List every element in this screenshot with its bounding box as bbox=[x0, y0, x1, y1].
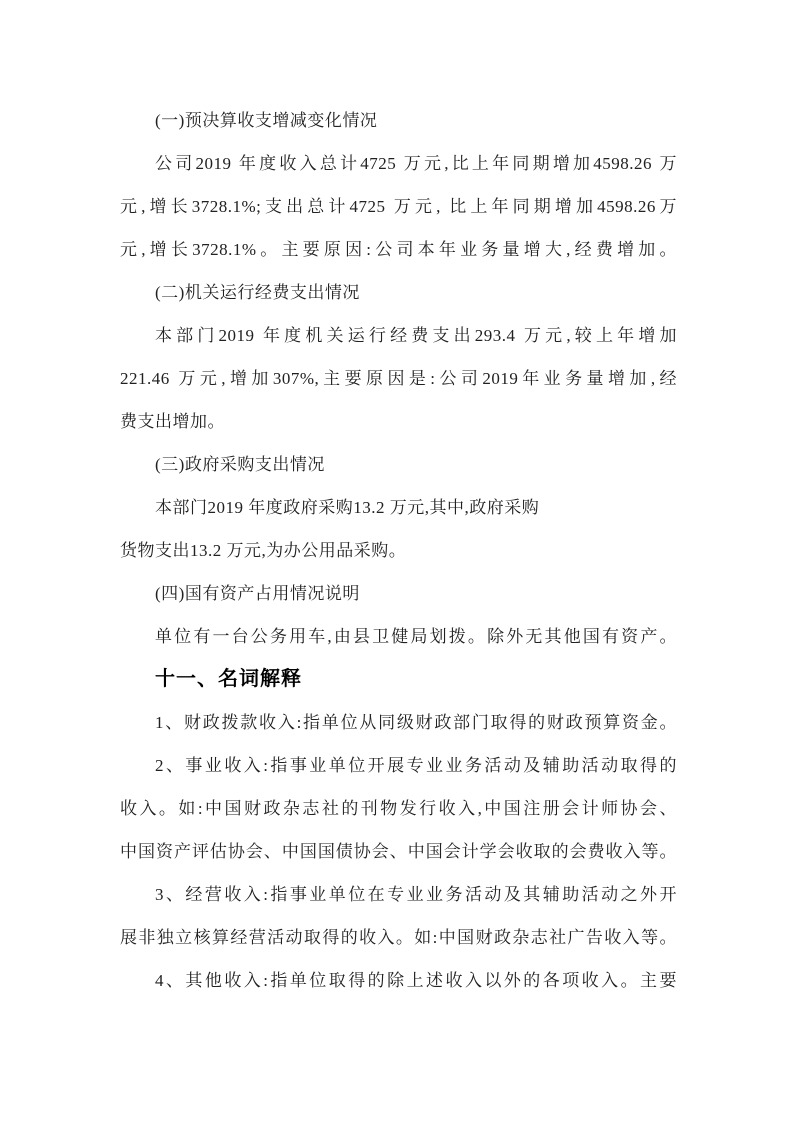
paragraph-line: 2、事业收入:指事业单位开展专业业务活动及辅助活动取得的 bbox=[120, 744, 677, 787]
paragraph-line: 3、经营收入:指事业单位在专业业务活动及其辅助活动之外开 bbox=[120, 873, 677, 916]
paragraph-line: 1、财政拨款收入:指单位从同级财政部门取得的财政预算资金。 bbox=[120, 701, 677, 744]
document-page: (一)预决算收支增减变化情况 公司2019 年度收入总计4725 万元,比上年同… bbox=[0, 0, 793, 1122]
paragraph-line: 本部门2019 年度政府采购13.2 万元,其中,政府采购 bbox=[120, 486, 677, 529]
paragraph-line: 元,增长3728.1%。主要原因:公司本年业务量增大,经费增加。 bbox=[120, 228, 677, 271]
subsection-1-heading: (一)预决算收支增减变化情况 bbox=[120, 99, 677, 142]
section-11-heading: 十一、名词解释 bbox=[120, 658, 677, 701]
paragraph-line: 本部门2019 年度机关运行经费支出293.4 万元,较上年增加 bbox=[120, 314, 677, 357]
paragraph-line: 公司2019 年度收入总计4725 万元,比上年同期增加4598.26 万 bbox=[120, 142, 677, 185]
paragraph-line: 货物支出13.2 万元,为办公用品采购。 bbox=[120, 529, 677, 572]
paragraph-line: 中国资产评估协会、中国国债协会、中国会计学会收取的会费收入等。 bbox=[120, 830, 677, 873]
paragraph-line: 单位有一台公务用车,由县卫健局划拨。除外无其他国有资产。 bbox=[120, 615, 677, 658]
subsection-4-heading: (四)国有资产占用情况说明 bbox=[120, 572, 677, 615]
document-body: (一)预决算收支增减变化情况 公司2019 年度收入总计4725 万元,比上年同… bbox=[120, 99, 677, 1002]
subsection-3-heading: (三)政府采购支出情况 bbox=[120, 443, 677, 486]
subsection-2-heading: (二)机关运行经费支出情况 bbox=[120, 271, 677, 314]
paragraph-line: 4、其他收入:指单位取得的除上述收入以外的各项收入。主要 bbox=[120, 959, 677, 1002]
paragraph-line: 收入。如:中国财政杂志社的刊物发行收入,中国注册会计师协会、 bbox=[120, 787, 677, 830]
paragraph-line: 费支出增加。 bbox=[120, 400, 677, 443]
paragraph-line: 元,增长3728.1%;支出总计4725 万元, 比上年同期增加4598.26万 bbox=[120, 185, 677, 228]
paragraph-line: 展非独立核算经营活动取得的收入。如:中国财政杂志社广告收入等。 bbox=[120, 916, 677, 959]
paragraph-line: 221.46 万元,增加307%,主要原因是:公司2019年业务量增加,经 bbox=[120, 357, 677, 400]
